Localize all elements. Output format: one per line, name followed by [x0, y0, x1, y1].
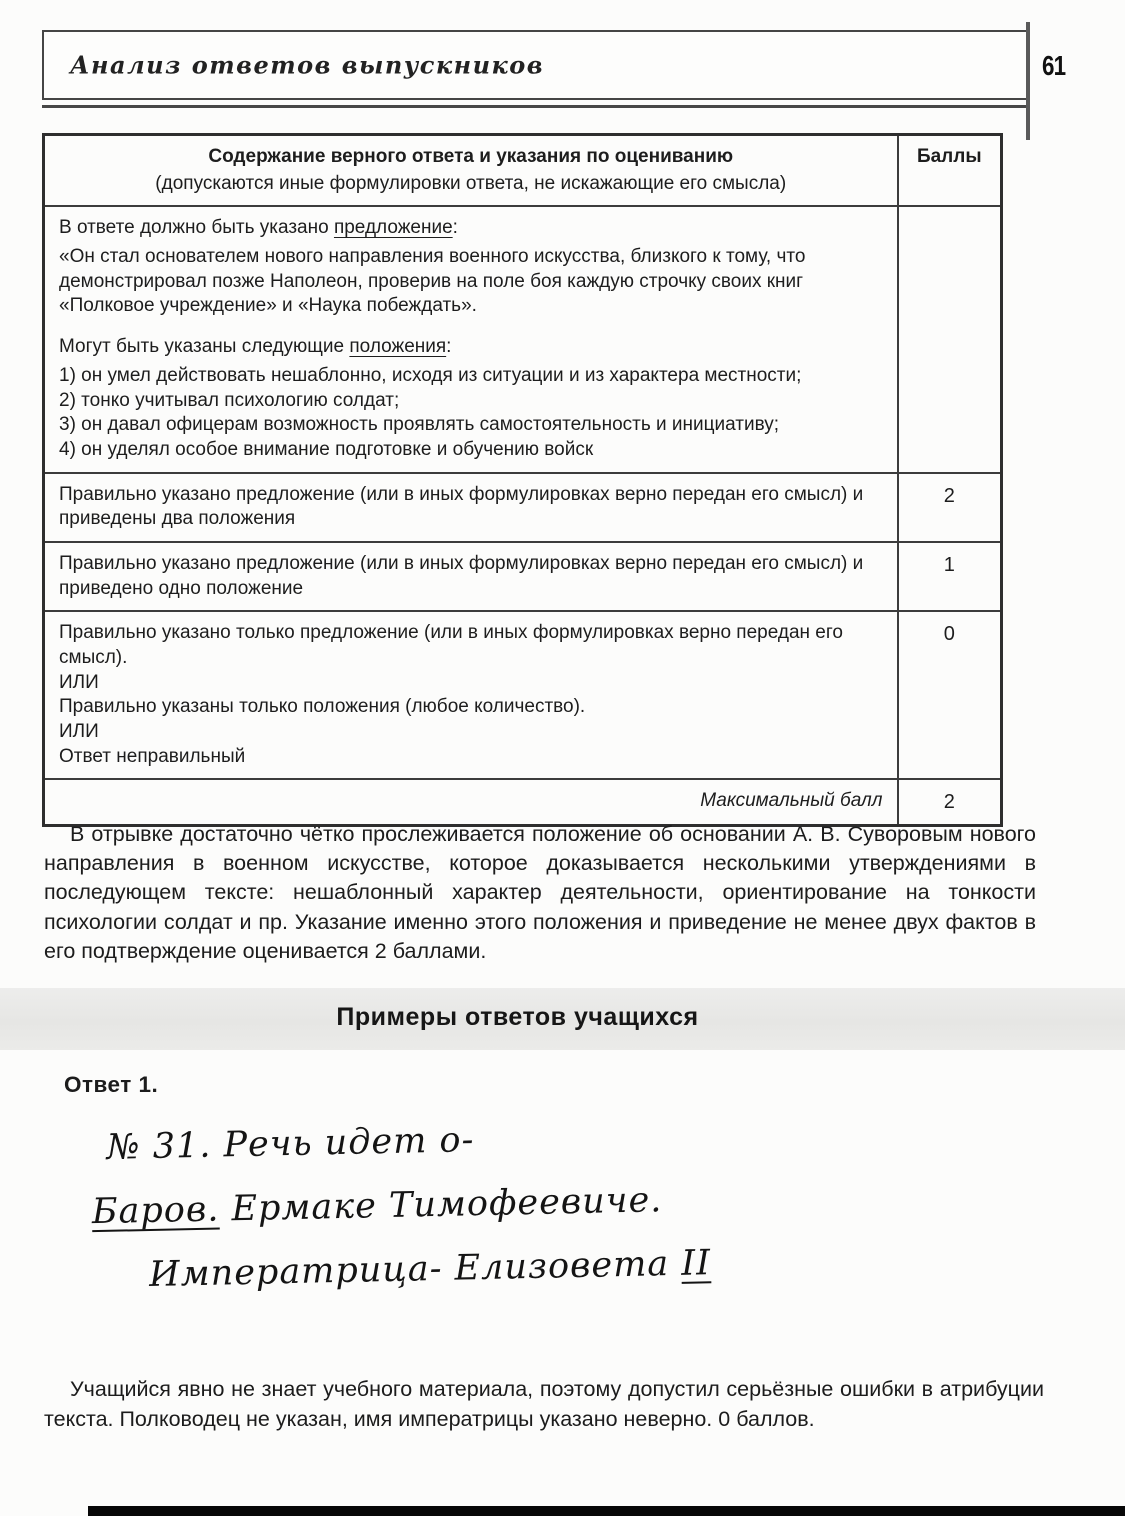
provisions-suffix: :: [446, 336, 451, 357]
criterion-text: Правильно указано предложение (или в ины…: [44, 542, 898, 611]
handwriting-underlined-numeral: II: [681, 1243, 711, 1284]
header-box: Анализ ответов выпускников: [42, 30, 1028, 100]
provision-item: 2) тонко учитывал психологию солдат;: [59, 389, 883, 414]
scoring-table: Содержание верного ответа и указания по …: [42, 133, 1003, 827]
header-title: Анализ ответов выпускников: [70, 51, 544, 80]
handwriting-line-3-prefix: Императрица- Елизовета: [149, 1244, 682, 1295]
header-right-rule: [1026, 22, 1030, 140]
provision-item: 4) он уделял особое внимание подготовке …: [59, 438, 883, 463]
answer-intro-underlined: предложение: [334, 217, 453, 238]
scoring-row: Правильно указано только предложение (ил…: [44, 611, 1002, 779]
answer-intro-suffix: :: [453, 217, 458, 238]
table-header-title: Содержание верного ответа и указания по …: [59, 145, 883, 170]
table-header-row: Содержание верного ответа и указания по …: [44, 135, 1002, 207]
table-header-subtitle: (допускаются иные формулировки ответа, н…: [59, 172, 883, 197]
commentary-paragraph: В отрывке достаточно чётко прослеживаетс…: [44, 820, 1036, 967]
commentary-paragraph-2: Учащийся явно не знает учебного материал…: [44, 1374, 1044, 1434]
provision-item: 1) он умел действовать нешаблонно, исход…: [59, 364, 883, 389]
answer-intro-prefix: В ответе должно быть указано: [59, 217, 334, 238]
handwriting-line-1: № 31. Речь идет о-: [106, 1112, 871, 1168]
scanned-page: Анализ ответов выпускников 61 Содержание…: [0, 0, 1125, 1516]
provision-item: 3) он давал офицерам возможность проявля…: [59, 413, 883, 438]
score-cell-empty: [898, 206, 1002, 472]
handwriting-line-2-rest: Ермаке Тимофеевиче.: [219, 1180, 663, 1229]
page-number: 61: [1042, 50, 1065, 82]
criterion-line: Правильно указаны только положения (любо…: [59, 695, 883, 720]
provisions-intro: Могут быть указаны следующие положения:: [59, 335, 883, 360]
answer-quote: «Он стал основателем нового направления …: [59, 245, 883, 319]
table-header-score: Баллы: [898, 135, 1002, 207]
section-banner: Примеры ответов учащихся: [0, 988, 1125, 1050]
score-cell: 2: [898, 473, 1002, 542]
criterion-line: ИЛИ: [59, 671, 883, 696]
table-header-content: Содержание верного ответа и указания по …: [44, 135, 898, 207]
answer-label: Ответ 1.: [64, 1072, 158, 1098]
provisions-underlined: положения: [349, 336, 446, 357]
answer-content-cell: В ответе должно быть указано предложение…: [44, 206, 898, 472]
handwritten-answer: № 31. Речь идет о- Баров. Ермаке Тимофее…: [90, 1112, 874, 1320]
criterion-line: Правильно указано только предложение (ил…: [59, 621, 883, 670]
scoring-row: Правильно указано предложение (или в ины…: [44, 473, 1002, 542]
answer-intro: В ответе должно быть указано предложение…: [59, 216, 883, 241]
paragraph-gap: [59, 323, 883, 335]
criterion-line: Ответ неправильный: [59, 745, 883, 770]
section-banner-title: Примеры ответов учащихся: [0, 1003, 1035, 1032]
criterion-line: ИЛИ: [59, 720, 883, 745]
score-cell: 1: [898, 542, 1002, 611]
scan-edge-bar: [88, 1506, 1125, 1516]
criterion-text: Правильно указано предложение (или в ины…: [44, 473, 898, 542]
score-cell: 0: [898, 611, 1002, 779]
criterion-text-multiline: Правильно указано только предложение (ил…: [44, 611, 898, 779]
answer-content-row: В ответе должно быть указано предложение…: [44, 206, 1002, 472]
handwriting-underlined-word: Баров.: [91, 1190, 219, 1233]
handwriting-line-3: Императрица- Елизовета II: [149, 1240, 874, 1295]
handwriting-line-2: Баров. Ермаке Тимофеевиче.: [91, 1176, 872, 1232]
scoring-row: Правильно указано предложение (или в ины…: [44, 542, 1002, 611]
header-rule: [42, 105, 1028, 108]
provisions-prefix: Могут быть указаны следующие: [59, 336, 349, 357]
